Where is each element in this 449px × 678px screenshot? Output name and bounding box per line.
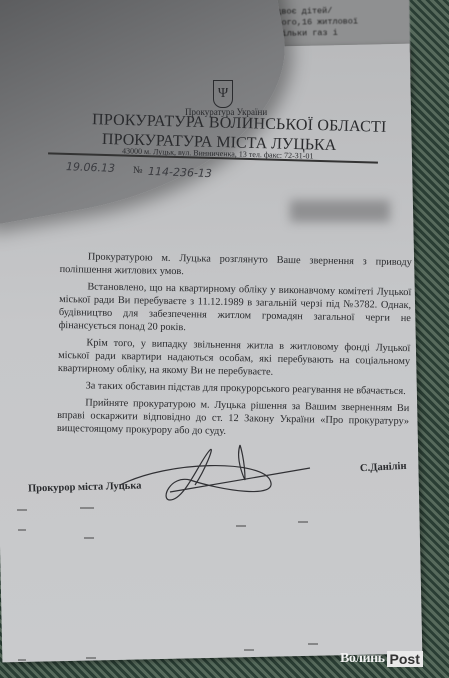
watermark-part2: Post	[387, 651, 423, 667]
registration-number: 114-236-13	[148, 165, 212, 180]
watermark-part1: Волинь	[340, 651, 385, 667]
body-paragraph: Встановлено, що на квартирному обліку у …	[59, 280, 412, 338]
trident-emblem-icon: Ψ	[213, 80, 233, 108]
blurred-recipient	[290, 200, 390, 222]
registration-number-label: №	[133, 165, 143, 176]
fax-artifact-marks	[0, 500, 449, 670]
letter-body: Прокуратурою м. Луцька розглянуто Ваше з…	[57, 250, 412, 445]
body-paragraph: Прийняте прокуратурою м. Луцька рішення …	[57, 396, 410, 441]
body-paragraph: Прокуратурою м. Луцька розглянуто Ваше з…	[60, 250, 412, 282]
body-paragraph: За таких обставин підстав для прокурорсь…	[58, 379, 410, 398]
site-watermark: Волинь Post	[340, 651, 423, 667]
registration-date: 19.06.13	[66, 160, 115, 175]
body-paragraph: Крім того, у випадку звільнення житла в …	[58, 336, 411, 381]
